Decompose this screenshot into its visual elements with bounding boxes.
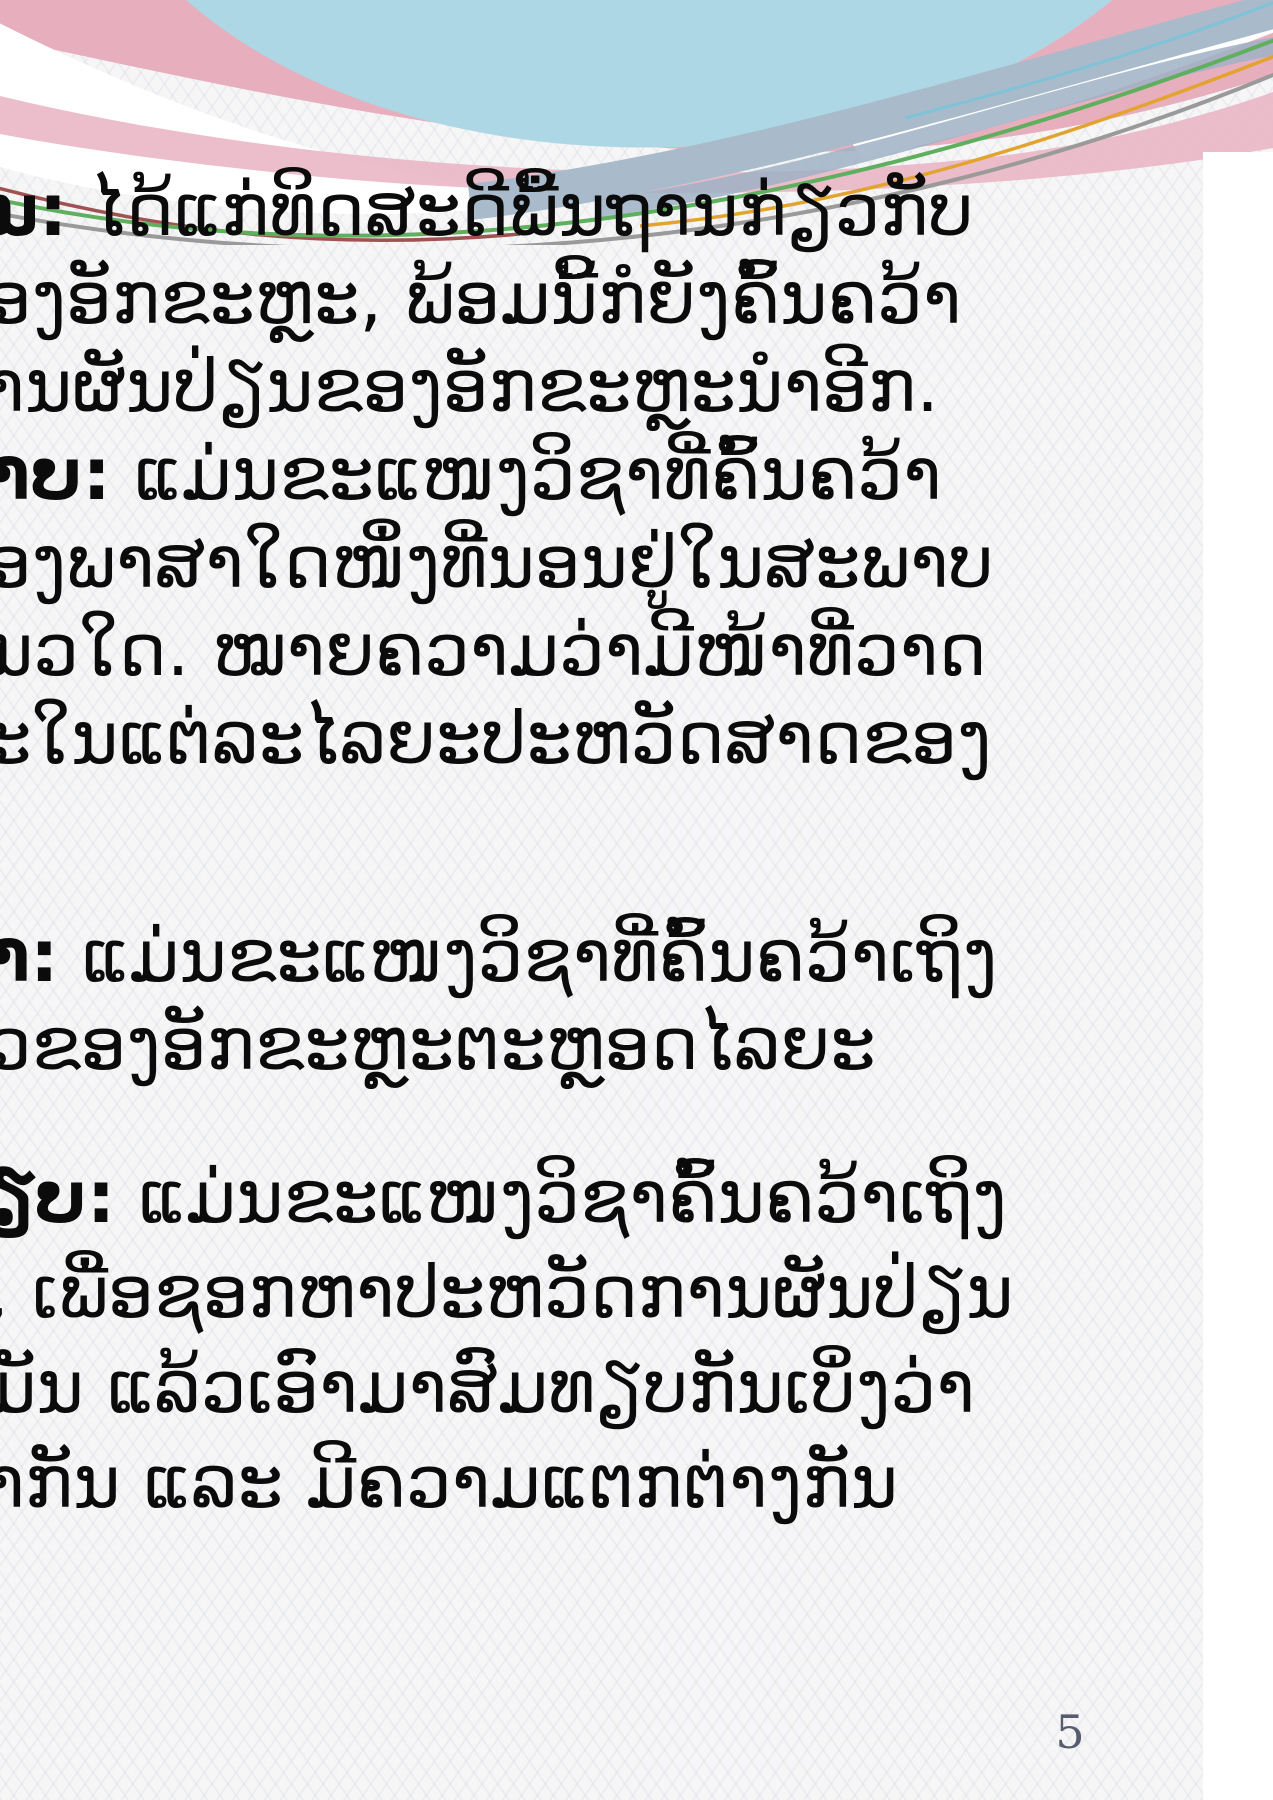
line-text: ານຜັນປ່ຽນຂອງອັກຂະຫຼະນຳອີກ. (0, 344, 939, 428)
line-text: ແມ່ນຂະແໜງວິຊາທີ່ຄົ້ນຄວ້າ (111, 432, 942, 516)
paragraph: ຽບ: ແມ່ນຂະແໜງວິຊາຄົ້ນຄວ້າເຖິງ ູ້, ເພື່ອຊ… (0, 1150, 1205, 1530)
right-white-margin (1203, 152, 1273, 1800)
text-line: ວຂອງອັກຂະຫຼະຕະຫຼອດໄລຍະ (0, 1000, 1205, 1088)
line-text: ະໃນແຕ່ລະໄລຍະປະຫວັດສາດຂອງ (0, 696, 992, 780)
line-prefix: າບ: (0, 432, 111, 516)
line-text: ອງອັກຂະຫຼະ, ພ້ອມນີ້ກໍຍັງຄົ້ນຄວ້າ (0, 256, 961, 340)
line-text: ແມ່ນຂະແໜງວິຊາຄົ້ນຄວ້າເຖິງ (115, 1155, 1007, 1239)
text-line: ູ້, ເພື່ອຊອກຫາປະຫວັດການຜັນປ່ຽນ (0, 1245, 1205, 1340)
line-prefix: ນ: (0, 168, 67, 252)
text-line: ຳກັນ ແລະ ມີຄວາມແຕກຕ່າງກັນ (0, 1435, 1205, 1530)
text-line: ນ: ໄດ້ແກ່ທິດສະດີພື້ນຖານກ່ຽວກັບ (0, 166, 1205, 254)
text-line: ອງອັກຂະຫຼະ, ພ້ອມນີ້ກໍຍັງຄົ້ນຄວ້າ (0, 254, 1205, 342)
text-line: ານຜັນປ່ຽນຂອງອັກຂະຫຼະນຳອີກ. (0, 342, 1205, 430)
text-line: າບ: ແມ່ນຂະແໜງວິຊາທີ່ຄົ້ນຄວ້າ (0, 430, 1205, 518)
line-text: ວຂອງອັກຂະຫຼະຕະຫຼອດໄລຍະ (0, 1002, 876, 1086)
page-number: 5 (1040, 1705, 1100, 1759)
text-line: ນວໃດ. ໝາຍຄວາມວ່າມີໜ້າທີ່ວາດ (0, 606, 1205, 694)
line-text: ມັນ ແລ້ວເອົາມາສົມທຽບກັນເບິ່ງວ່າ (0, 1345, 975, 1429)
paragraph: າ: ແມ່ນຂະແໜງວິຊາທີ່ຄົ້ນຄວ້າເຖິງ ວຂອງອັກຂ… (0, 912, 1205, 1088)
paragraph: ນ: ໄດ້ແກ່ທິດສະດີພື້ນຖານກ່ຽວກັບ ອງອັກຂະຫຼ… (0, 166, 1205, 430)
text-line: ມັນ ແລ້ວເອົາມາສົມທຽບກັນເບິ່ງວ່າ (0, 1340, 1205, 1435)
line-text: ນວໃດ. ໝາຍຄວາມວ່າມີໜ້າທີ່ວາດ (0, 608, 987, 692)
line-text: ແມ່ນຂະແໜງວິຊາທີ່ຄົ້ນຄວ້າເຖິງ (59, 914, 998, 998)
line-prefix: າ: (0, 914, 59, 998)
line-text: ຳກັນ ແລະ ມີຄວາມແຕກຕ່າງກັນ (0, 1440, 898, 1524)
paragraph: າບ: ແມ່ນຂະແໜງວິຊາທີ່ຄົ້ນຄວ້າ ອງພາສາໃດໜຶ່… (0, 430, 1205, 782)
text-line: ະໃນແຕ່ລະໄລຍະປະຫວັດສາດຂອງ (0, 694, 1205, 782)
slide-text-area: ນ: ໄດ້ແກ່ທິດສະດີພື້ນຖານກ່ຽວກັບ ອງອັກຂະຫຼ… (0, 0, 1205, 1800)
line-text: ອງພາສາໃດໜຶ່ງທີ່ນອນຢູ່ໃນສະພາບ (0, 520, 994, 604)
text-line: ຽບ: ແມ່ນຂະແໜງວິຊາຄົ້ນຄວ້າເຖິງ (0, 1150, 1205, 1245)
text-line: ອງພາສາໃດໜຶ່ງທີ່ນອນຢູ່ໃນສະພາບ (0, 518, 1205, 606)
line-text: ູ້, ເພື່ອຊອກຫາປະຫວັດການຜັນປ່ຽນ (0, 1250, 1014, 1334)
text-line: າ: ແມ່ນຂະແໜງວິຊາທີ່ຄົ້ນຄວ້າເຖິງ (0, 912, 1205, 1000)
line-prefix: ຽບ: (0, 1155, 115, 1239)
line-text: ໄດ້ແກ່ທິດສະດີພື້ນຖານກ່ຽວກັບ (67, 168, 973, 252)
